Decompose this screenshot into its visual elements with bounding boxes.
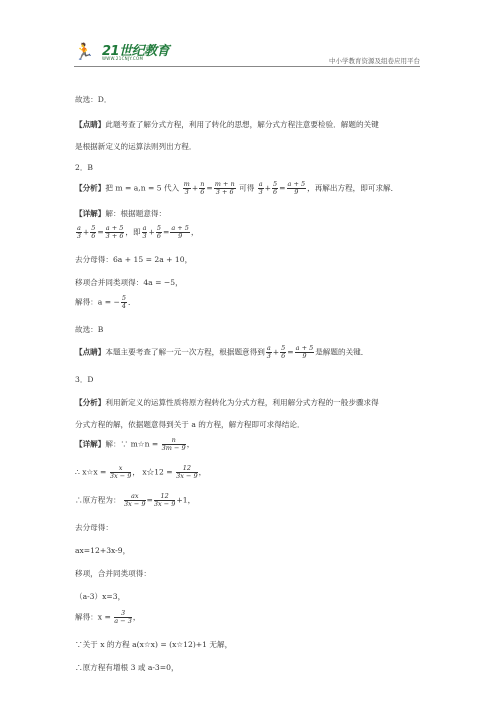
text-line: 去分母得：6a + 15 = 2a + 10， [75,255,192,264]
text-line: ∵关于 x 的方程 a(x☆x) = (x☆12)+1 无解， [75,640,232,649]
fraction: m3 [183,181,191,196]
text-line: （a-3）x=3， [75,592,125,601]
text-line: ax=12+3x-9， [75,546,130,555]
text-line: 移项，合并同类项得： [75,569,151,578]
math-line: ∴原方程为： ax3x − 9=123x − 9+1， [75,493,195,508]
fraction: 56 [272,181,278,196]
math-line: 解得：a = −54． [75,295,136,310]
fraction: a3 [258,181,264,196]
text-line: ∴原方程有增根 3 或 a-3=0， [75,663,179,672]
logo-url: WWW.21CNJY.COM [102,56,143,61]
text-line: 分式方程的解，依据题意得到关于 a 的方程，解方程即可求得结论． [75,420,305,429]
text-line: 【点睛】此题考查了解分式方程，利用了转化的思想，解分式方程注意要检验．解题的关键 [75,120,379,129]
text-line: 故选：D． [75,95,111,104]
text-line: 【分析】把 m = a,n = 5 代入 m3+n6=m + n3 + 6 可得… [75,181,398,196]
text-line: 【点睛】本题主要考查了解一元一次方程，根据题意得到a3+56=a + 59是解题… [75,345,368,360]
text-line: 故选：B [75,325,103,334]
math-line: 【详解】解：∵ m☆n = n3m − 9， [75,437,194,452]
text-line: 【分析】利用新定义的运算性质将原方程转化为分式方程，利用解分式方程的一般步骤求得 [75,398,379,407]
fraction: m + n3 + 6 [214,181,236,196]
text-line: 去分母得： [75,523,113,532]
math-line: 解得：x = 3a − 3， [75,610,140,625]
math-line: ∴ x☆x = x3x − 9， x☆12 = 123x − 9， [75,465,206,480]
runner-icon: 🏃 [74,42,94,61]
header-divider [74,66,420,67]
fraction: a + 59 [287,181,307,196]
logo: 🏃 21世纪教育 WWW.21CNJY.COM [74,38,174,66]
page-header: 🏃 21世纪教育 WWW.21CNJY.COM 中小学教育资源及组卷应用平台 [74,38,420,68]
question-number: 2．B [75,163,93,172]
platform-name: 中小学教育资源及组卷应用平台 [329,56,420,65]
text-line: 是根据新定义的运算法则列出方程． [75,142,197,151]
fraction: n6 [199,181,205,196]
text-line: 【详解】解：根据题意得： [75,209,166,218]
text-line: 移项合并同类项得：4a = −5， [75,278,183,287]
question-number: 3．D [75,375,94,384]
math-line: a3+56=a + 53 + 6，即a3+56=a + 59， [75,225,199,240]
